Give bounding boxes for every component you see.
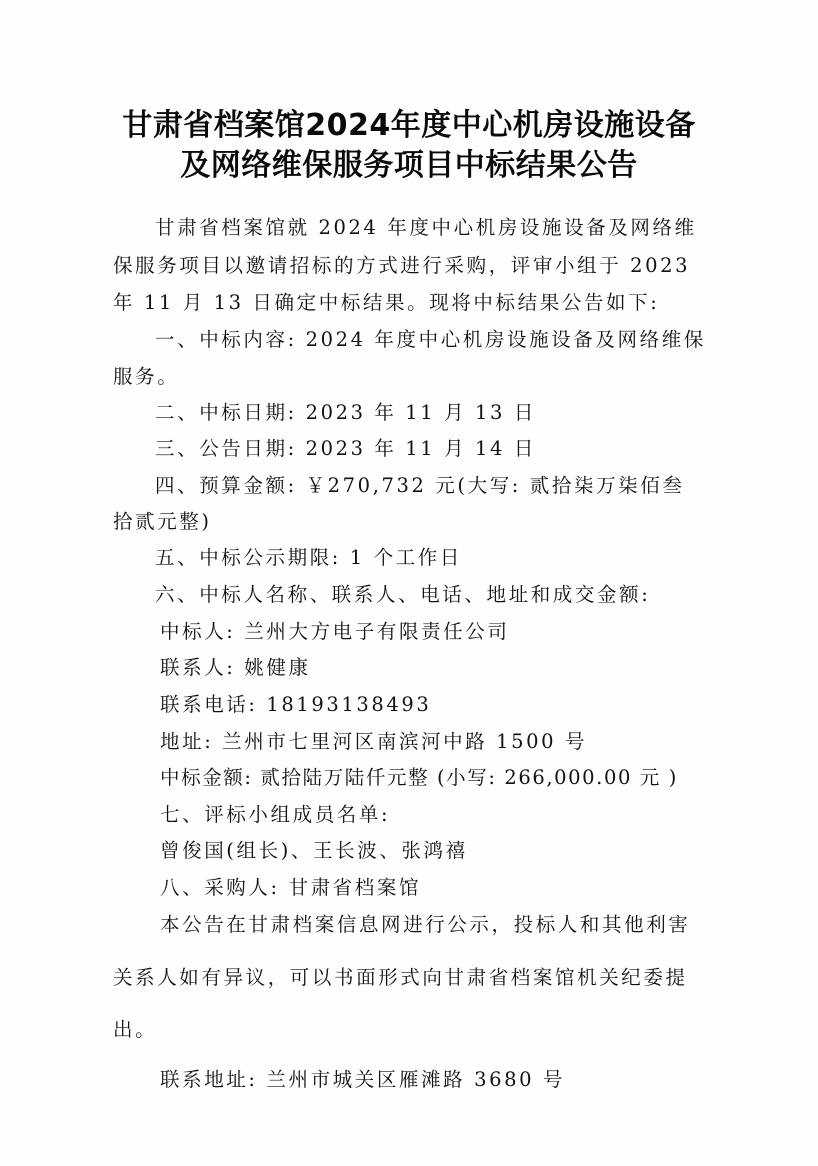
intro-line-3: 年 11 月 13 日确定中标结果。现将中标结果公告如下: [113,287,659,315]
winner-phone: 联系电话: 18193138493 [160,689,431,717]
section-notice-date: 三、公告日期: 2023 年 11 月 14 日 [155,433,536,461]
document-title-line-1: 甘肃省档案馆2024年度中心机房设施设备 [0,100,818,144]
closing-line-2: 关系人如有异议，可以书面形式向甘肃省档案馆机关纪委提 [113,962,688,990]
panel-members: 曾俊国(组长)、王长波、张鸿禧 [160,835,468,863]
section-content-line-1: 一、中标内容: 2024 年度中心机房设施设备及网络维保 [155,324,706,352]
winner-contact: 联系人: 姚健康 [160,652,311,680]
document-page: 甘肃省档案馆2024年度中心机房设施设备 及网络维保服务项目中标结果公告 甘肃省… [0,0,818,1166]
winner-address: 地址: 兰州市七里河区南滨河中路 1500 号 [160,726,587,754]
intro-line-1: 甘肃省档案馆就 2024 年度中心机房设施设备及网络维 [155,212,697,240]
intro-line-2: 保服务项目以邀请招标的方式进行采购，评审小组于 2023 [113,250,690,278]
section-panel-header: 七、评标小组成员名单: [160,799,390,827]
winner-amount: 中标金额: 贰拾陆万陆仟元整 (小写: 266,000.00 元 ) [160,762,678,790]
section-content-line-2: 服务。 [113,361,179,389]
document-title-line-2: 及网络维保服务项目中标结果公告 [0,140,818,184]
section-budget-line-2: 拾贰元整) [113,506,212,534]
winner-name: 中标人: 兰州大方电子有限责任公司 [160,616,509,644]
section-winner-header: 六、中标人名称、联系人、电话、地址和成交金额: [155,579,650,607]
section-purchaser: 八、采购人: 甘肃省档案馆 [160,872,421,900]
section-budget-line-1: 四、预算金额: ￥270,732 元(大写: 贰拾柒万柒佰叁 [155,470,684,498]
contact-address: 联系地址: 兰州市城关区雁滩路 3680 号 [160,1064,565,1092]
closing-line-1: 本公告在甘肃档案信息网进行公示，投标人和其他利害 [160,909,690,937]
section-award-date: 二、中标日期: 2023 年 11 月 13 日 [155,397,536,425]
closing-line-3: 出。 [113,1014,157,1042]
section-publicity-period: 五、中标公示期限: 1 个工作日 [155,542,462,570]
